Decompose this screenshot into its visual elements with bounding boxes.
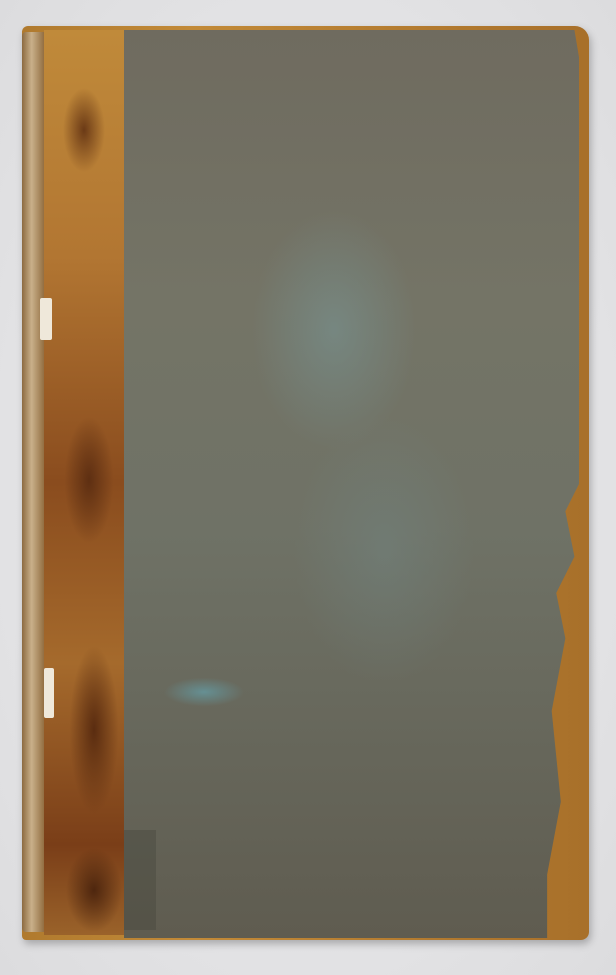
spine-tear xyxy=(44,668,54,718)
paper-covered-board xyxy=(124,30,579,938)
leather-spine xyxy=(44,30,126,935)
paper-overlap xyxy=(124,830,156,930)
photo-background xyxy=(0,0,616,975)
spine-tear xyxy=(40,298,52,340)
book-spine-edge xyxy=(22,32,46,932)
